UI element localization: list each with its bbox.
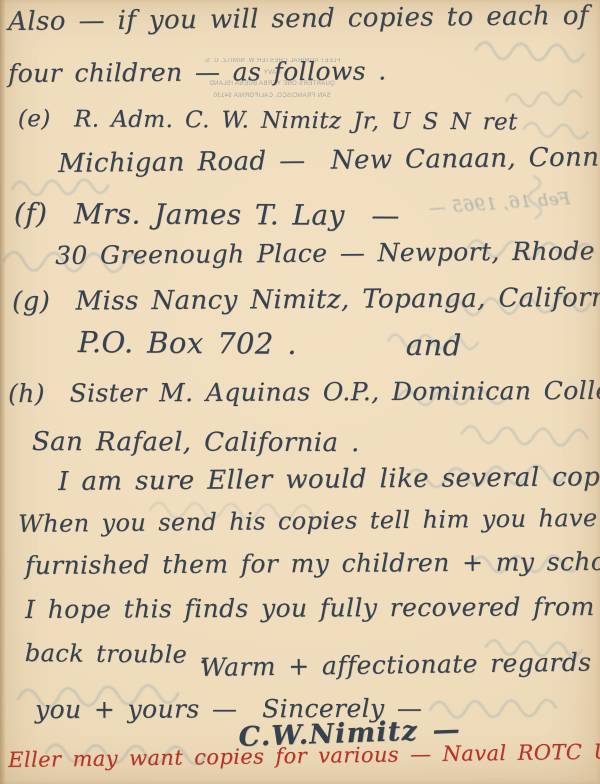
handwritten-line: P.O. Box 702 . and — [78, 326, 462, 363]
handwritten-line: Michigan Road — New Canaan, Connecticut … — [58, 142, 600, 180]
handwritten-line: San Rafael, California . — [32, 428, 360, 459]
handwritten-line: I am sure Eller would like several copie… — [58, 463, 600, 498]
handwritten-letter-page: FLEET ADMIRAL CHESTER W. NIMITZ, U. S. N… — [0, 0, 600, 784]
handwritten-line: (g) Miss Nancy Nimitz, Topanga, Californ… — [12, 284, 600, 318]
handwritten-line: Also — if you will send copies to each o… — [8, 1, 600, 38]
handwritten-line: back trouble . — [25, 640, 208, 670]
handwritten-line: 30 Greenough Place — Newport, Rhode Isla… — [55, 236, 600, 270]
bleedthrough-date: Feb 16, 1965 — — [427, 189, 570, 219]
handwritten-line: furnished them for my children + my scho… — [25, 547, 600, 580]
red-ink-annotation: Eller may want copies for various — Nava… — [8, 739, 600, 772]
handwritten-line: (h) Sister M. Aquinas O.P., Dominican Co… — [8, 377, 600, 409]
handwritten-line: (f) Mrs. James T. Lay — — [14, 198, 400, 232]
handwritten-line: four children — as follows . — [8, 57, 387, 88]
handwritten-line: When you send his copies tell him you ha… — [18, 504, 600, 539]
letterhead-line: SAN FRANCISCO, CALIFORNIA 94130 — [196, 91, 348, 103]
handwritten-line: Warm + affectionate regards — to — [200, 647, 600, 682]
handwritten-line: (e) R. Adm. C. W. Nimitz Jr, U S N ret — [18, 106, 518, 136]
handwritten-line: I hope this finds you fully recovered fr… — [25, 593, 600, 625]
